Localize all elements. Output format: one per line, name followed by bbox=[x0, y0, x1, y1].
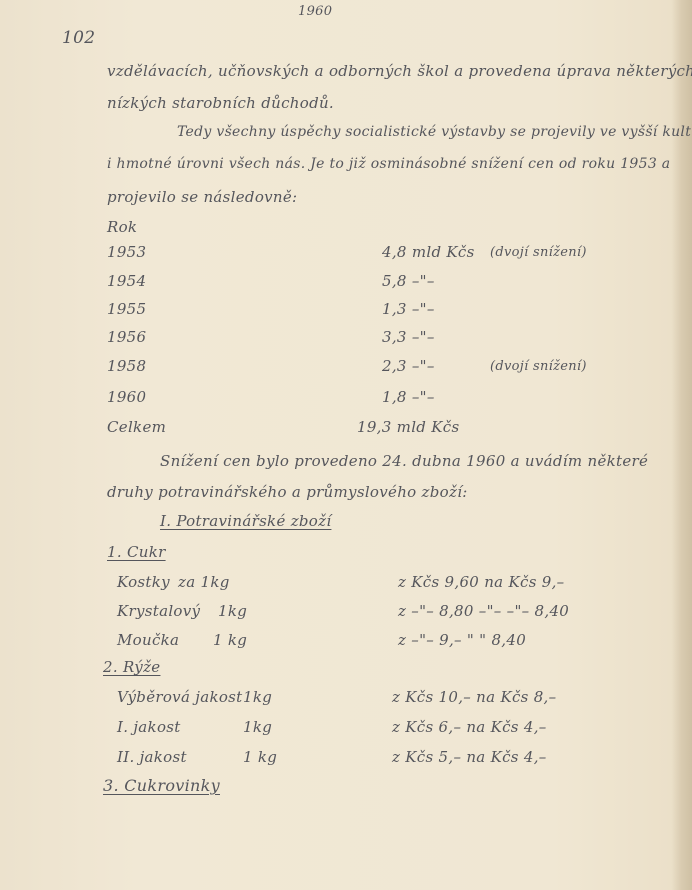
paragraph-2-line-1: Tedy všechny úspěchy socialistické výsta… bbox=[177, 124, 692, 140]
paragraph-1-line-1: vzdělávacích, učňovských a odborných ško… bbox=[107, 62, 692, 80]
item-name-ii-jakost: II. jakost bbox=[117, 748, 187, 766]
item-name-moucka: Moučka bbox=[117, 631, 179, 649]
category-rice: 2. Rýže bbox=[103, 658, 160, 676]
amount-1958: 2,3 –"– bbox=[382, 357, 435, 375]
note-1958: (dvojí snížení) bbox=[490, 359, 587, 374]
category-candy: 3. Cukrovinky bbox=[103, 776, 220, 795]
item-price-i-jakost: z Kčs 6,– na Kčs 4,– bbox=[392, 718, 547, 736]
item-unit-i-jakost: 1kg bbox=[243, 718, 272, 736]
note-1953: (dvojí snížení) bbox=[490, 245, 587, 260]
paragraph-1-line-2: nízkých starobních důchodů. bbox=[107, 94, 334, 112]
year-row-1953: 1953 bbox=[107, 243, 146, 261]
item-name-krystalovy: Krystalový bbox=[117, 602, 200, 620]
paragraph-3-line-2: druhy potravinářského a průmyslového zbo… bbox=[107, 483, 468, 501]
total-label: Celkem bbox=[107, 418, 166, 436]
category-sugar: 1. Cukr bbox=[107, 543, 166, 561]
paragraph-2-line-2: i hmotné úrovni všech nás. Je to již osm… bbox=[107, 156, 670, 172]
paragraph-3-line-1: Snížení cen bylo provedeno 24. dubna 196… bbox=[160, 452, 648, 470]
table-header-year: Rok bbox=[107, 218, 137, 236]
item-price-moucka: z –"– 9,– " " 8,40 bbox=[398, 631, 526, 649]
item-unit-moucka: 1 kg bbox=[213, 631, 247, 649]
page-number: 102 bbox=[62, 28, 95, 48]
amount-1954: 5,8 –"– bbox=[382, 272, 435, 290]
item-name-i-jakost: I. jakost bbox=[117, 718, 181, 736]
item-unit-kostky: za 1kg bbox=[178, 573, 230, 591]
item-price-ii-jakost: z Kčs 5,– na Kčs 4,– bbox=[392, 748, 547, 766]
year-row-1955: 1955 bbox=[107, 300, 146, 318]
page-year-header: 1960 bbox=[298, 4, 332, 19]
item-name-kostky: Kostky bbox=[117, 573, 170, 591]
amount-1955: 1,3 –"– bbox=[382, 300, 435, 318]
amount-1956: 3,3 –"– bbox=[382, 328, 435, 346]
year-row-1956: 1956 bbox=[107, 328, 146, 346]
item-unit-krystalovy: 1kg bbox=[218, 602, 247, 620]
year-row-1960: 1960 bbox=[107, 388, 146, 406]
year-row-1958: 1958 bbox=[107, 357, 146, 375]
item-name-vyberova-jakost: Výběrová jakost bbox=[117, 688, 243, 706]
item-price-krystalovy: z –"– 8,80 –"– –"– 8,40 bbox=[398, 602, 569, 620]
item-price-vyberova-jakost: z Kčs 10,– na Kčs 8,– bbox=[392, 688, 556, 706]
amount-1953: 4,8 mld Kčs bbox=[382, 243, 475, 261]
total-value: 19,3 mld Kčs bbox=[357, 418, 459, 436]
amount-1960: 1,8 –"– bbox=[382, 388, 435, 406]
handwritten-chronicle-page: 1960 102 vzdělávacích, učňovských a odbo… bbox=[0, 0, 692, 890]
section-title-food-goods: I. Potravinářské zboží bbox=[160, 512, 331, 530]
item-unit-vyberova-jakost: 1kg bbox=[243, 688, 272, 706]
paragraph-2-line-3: projevilo se následovně: bbox=[107, 188, 297, 206]
item-price-kostky: z Kčs 9,60 na Kčs 9,– bbox=[398, 573, 564, 591]
item-unit-ii-jakost: 1 kg bbox=[243, 748, 277, 766]
year-row-1954: 1954 bbox=[107, 272, 146, 290]
